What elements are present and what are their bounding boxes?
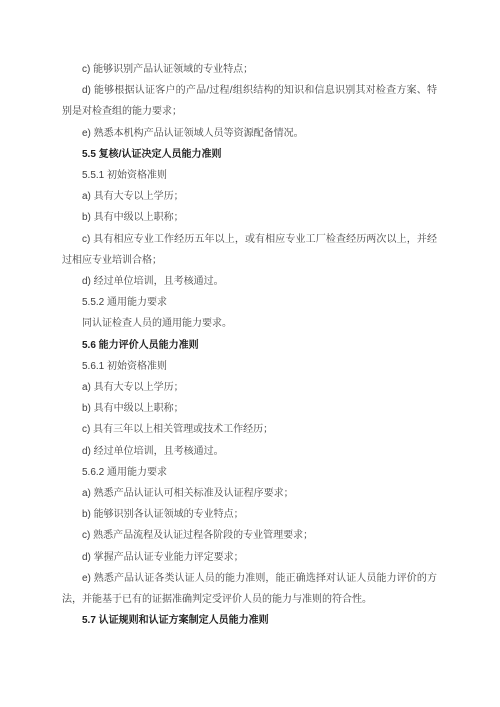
- document-page: c) 能够识别产品认证领域的专业特点；d) 能够根据认证客户的产品/过程/组织结…: [0, 0, 500, 707]
- paragraph: a) 熟悉产品认证认可相关标准及认证程序要求；: [62, 483, 437, 504]
- paragraph: 5.5.1 初始资格准则: [62, 165, 437, 186]
- section-heading: 5.6 能力评价人员能力准则: [62, 335, 437, 356]
- paragraph: 5.5.2 通用能力要求: [62, 292, 437, 313]
- section-heading: 5.5 复核/认证决定人员能力准则: [62, 144, 437, 165]
- section-heading: 5.7 认证规则和认证方案制定人员能力准则: [62, 610, 437, 631]
- paragraph: e) 熟悉产品认证各类认证人员的能力准则，能正确选择对认证人员能力评价的方法，并…: [62, 568, 437, 610]
- paragraph: c) 能够识别产品认证领域的专业特点；: [62, 59, 437, 80]
- paragraph: d) 能够根据认证客户的产品/过程/组织结构的知识和信息识别其对检查方案、特别是…: [62, 80, 437, 122]
- paragraph: d) 掌握产品认证专业能力评定要求；: [62, 547, 437, 568]
- paragraph: 5.6.2 通用能力要求: [62, 462, 437, 483]
- paragraph: 5.6.1 初始资格准则: [62, 356, 437, 377]
- paragraph: d) 经过单位培训，且考核通过。: [62, 441, 437, 462]
- paragraph: a) 具有大专以上学历；: [62, 186, 437, 207]
- paragraph: b) 具有中级以上职称；: [62, 207, 437, 228]
- paragraph: 同认证检查人员的通用能力要求。: [62, 313, 437, 334]
- paragraph: c) 熟悉产品流程及认证过程各阶段的专业管理要求；: [62, 525, 437, 546]
- paragraph: a) 具有大专以上学历；: [62, 377, 437, 398]
- paragraph: d) 经过单位培训，且考核通过。: [62, 271, 437, 292]
- paragraph: c) 具有三年以上相关管理或技术工作经历；: [62, 419, 437, 440]
- paragraph: e) 熟悉本机构产品认证领域人员等资源配备情况。: [62, 123, 437, 144]
- paragraph: c) 具有相应专业工作经历五年以上，或有相应专业工厂检查经历两次以上，并经过相应…: [62, 229, 437, 271]
- paragraph: b) 能够识别各认证领域的专业特点；: [62, 504, 437, 525]
- paragraph: b) 具有中级以上职称；: [62, 398, 437, 419]
